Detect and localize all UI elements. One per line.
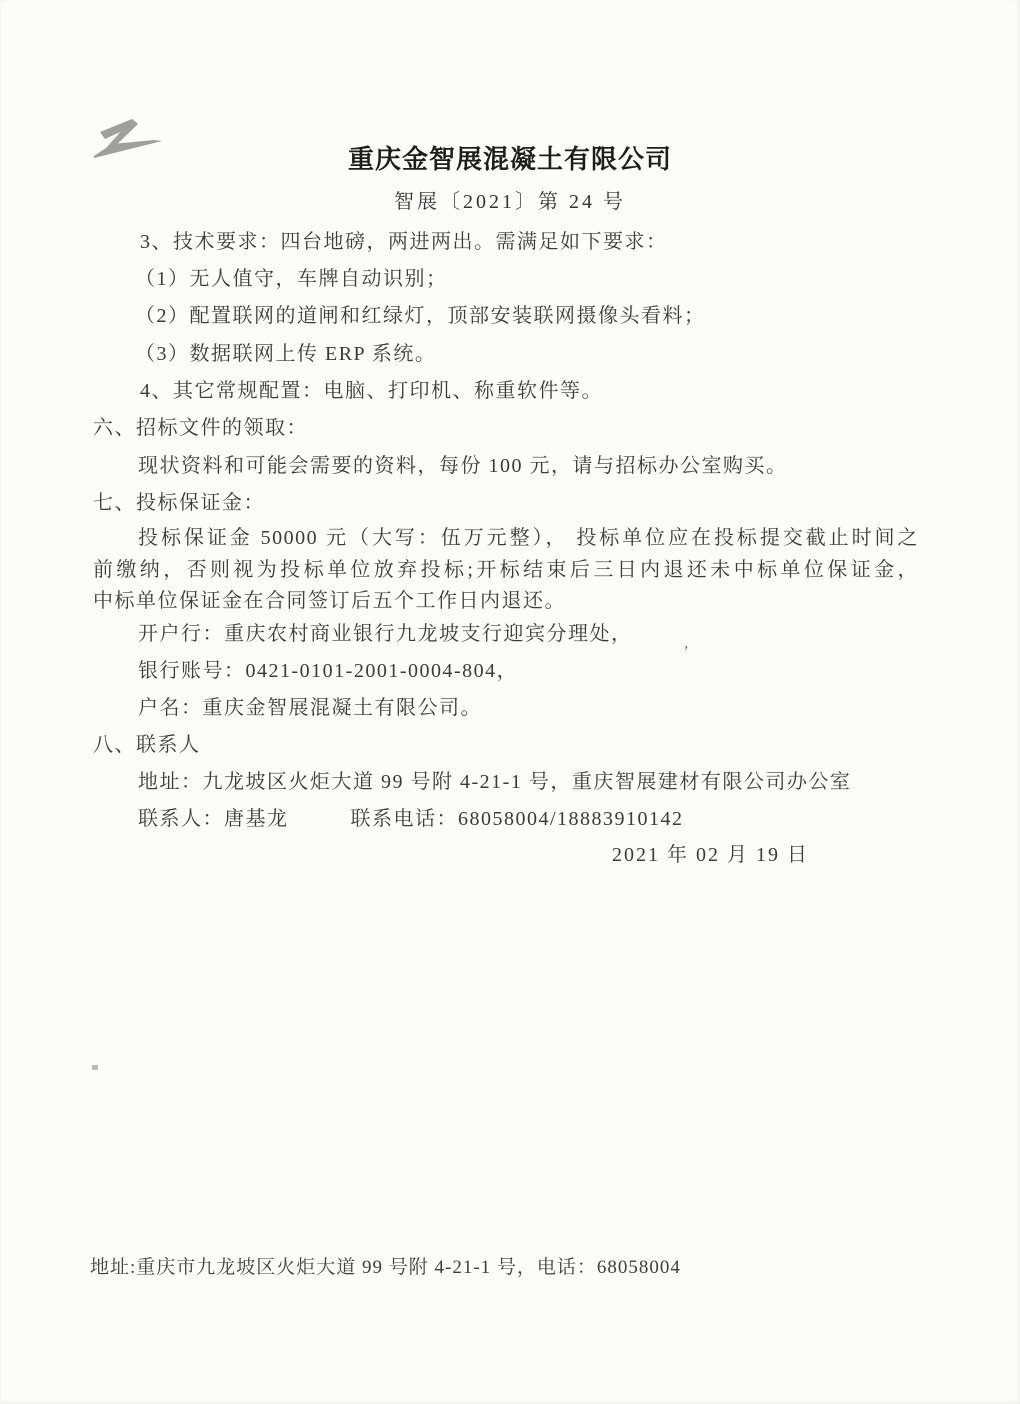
footer-address-line: 地址:重庆市九龙坡区火炬大道 99 号附 4-21-1 号，电话：6805800… bbox=[90, 1252, 681, 1279]
tech-requirement-sub3: （3）数据联网上传 ERP 系统。 bbox=[135, 341, 436, 367]
contact-phone-pair: 联系电话：68058004/18883910142 bbox=[351, 808, 684, 830]
bank-name-line: 开户行：重庆农村商业银行九龙坡支行迎宾分理处， bbox=[138, 621, 633, 647]
company-name-title: 重庆金智展混凝土有限公司 bbox=[0, 139, 1020, 176]
bank-account-line: 银行账号：0421-0101-2001-0004-804， bbox=[138, 658, 518, 684]
tech-requirement-sub1: （1）无人值守，车牌自动识别； bbox=[135, 266, 448, 292]
document-number: 智展〔2021〕第 24 号 bbox=[0, 185, 1020, 214]
other-config-item: 4、其它常规配置：电脑、打印机、称重软件等。 bbox=[140, 378, 603, 404]
document-date: 2021 年 02 月 19 日 bbox=[612, 842, 809, 868]
contact-address-line: 地址：九龙坡区火炬大道 99 号附 4-21-1 号，重庆智展建材有限公司办公室 bbox=[138, 769, 851, 795]
contact-person-name: 联系人：唐基龙 bbox=[138, 808, 289, 830]
tech-requirements-item: 3、技术要求：四台地磅，两进两出。需满足如下要求： bbox=[140, 229, 668, 255]
tech-requirement-sub2: （2）配置联网的道闸和红绿灯，顶部安装联网摄像头看料； bbox=[135, 303, 706, 329]
deposit-paragraph-line3: 中标单位保证金在合同签订后五个工作日内退还。 bbox=[93, 586, 919, 618]
contact-phone-value: 68058004/18883910142 bbox=[458, 808, 684, 830]
contact-person-line: 联系人：唐基龙联系电话：68058004/18883910142 bbox=[138, 806, 684, 832]
scan-artifact-speck bbox=[92, 1065, 98, 1070]
section8-title: 八、联系人 bbox=[93, 732, 201, 758]
deposit-paragraph: 投标保证金 50000 元（大写：伍万元整）， 投标单位应在投标提交截止时间之 … bbox=[93, 523, 919, 618]
scan-artifact-tick: ’ bbox=[682, 644, 689, 662]
deposit-paragraph-line2: 前缴纳，否则视为投标单位放弃投标;开标结束后三日内退还未中标单位保证金， bbox=[93, 555, 919, 587]
account-holder-line: 户名：重庆金智展混凝土有限公司。 bbox=[138, 695, 482, 721]
section6-body: 现状资料和可能会需要的资料，每份 100 元，请与招标办公室购买。 bbox=[138, 453, 788, 479]
section6-title: 六、招标文件的领取： bbox=[93, 415, 308, 441]
scanned-document-page: 重庆金智展混凝土有限公司 智展〔2021〕第 24 号 3、技术要求：四台地磅，… bbox=[0, 0, 1020, 1404]
contact-phone-label: 联系电话： bbox=[351, 808, 459, 830]
section7-title: 七、投标保证金： bbox=[93, 490, 265, 516]
deposit-paragraph-line1: 投标保证金 50000 元（大写：伍万元整）， 投标单位应在投标提交截止时间之 bbox=[93, 523, 919, 555]
